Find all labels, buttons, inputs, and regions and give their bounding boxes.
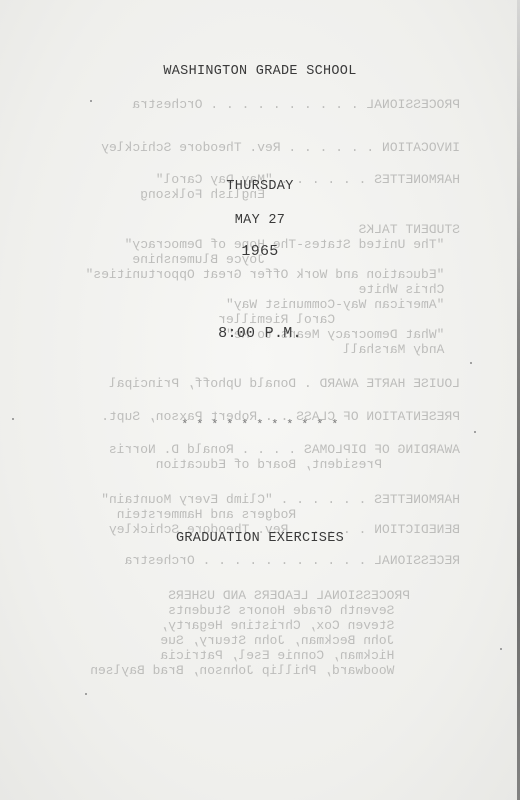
speck [90,100,92,102]
event-date: MAY 27 [0,213,520,228]
program-cover: WASHINGTON GRADE SCHOOL THURSDAY MAY 27 … [0,0,520,800]
speck [474,431,476,433]
speck [470,362,472,364]
speck [500,648,502,650]
school-name: WASHINGTON GRADE SCHOOL [0,64,520,79]
event-title: GRADUATION EXERCISES [0,531,520,546]
event-time: 8:00 P.M. [0,325,520,342]
event-day: THURSDAY [0,179,520,194]
event-year: 1965 [0,243,520,260]
speck [12,418,14,420]
asterisk-divider: * * * * * * * * * * * [0,418,520,432]
speck [85,693,87,695]
program-page: PROCESSIONAL . . . . . . . . . . Orchest… [0,0,520,800]
